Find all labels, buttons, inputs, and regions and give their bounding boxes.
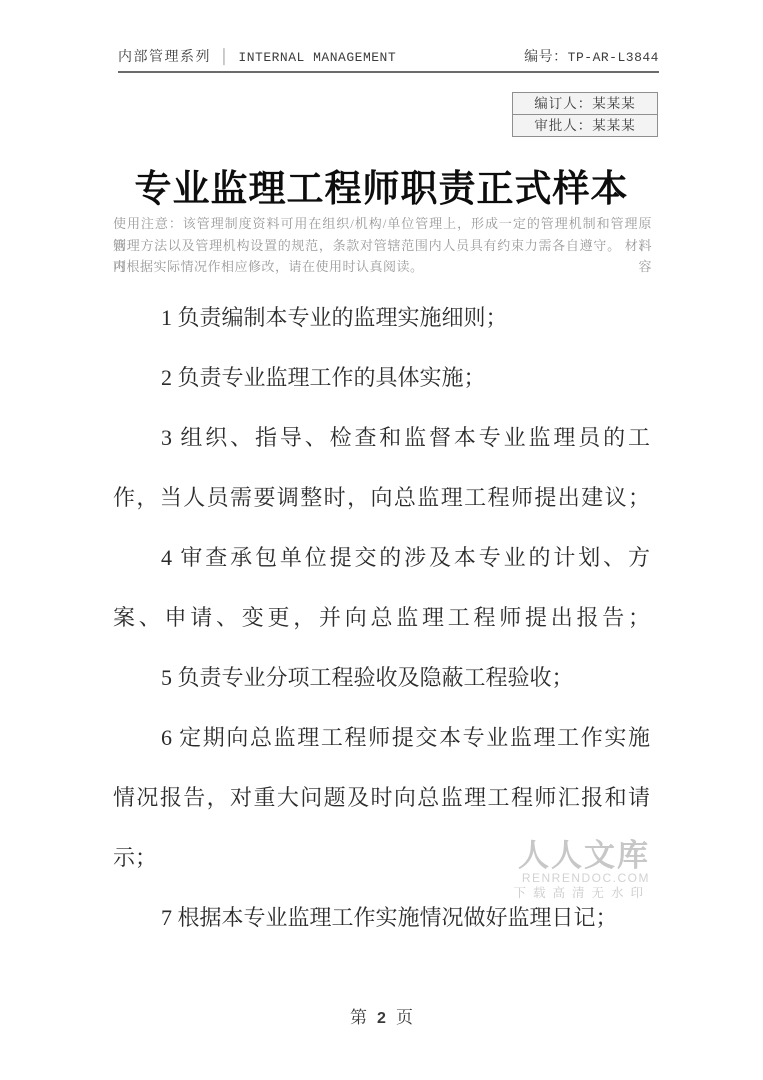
notice-line: 使用注意：该管理制度资料可用在组织/机构/单位管理上，形成一定的管理机制和管理原… xyxy=(113,213,652,235)
document-header: 内部管理系列│INTERNAL MANAGEMENT 编号：TP-AR-L384… xyxy=(118,46,659,73)
page-title: 专业监理工程师职责正式样本 xyxy=(113,158,650,212)
duty-item-2-line: 2 负责专业监理工作的具体实施； xyxy=(113,348,650,408)
duty-item-1-line: 1 负责编制本专业的监理实施细则； xyxy=(113,288,650,348)
doc-number-label: 编号： xyxy=(524,50,568,65)
header-divider: │ xyxy=(219,50,230,65)
watermark: 人人文库 RENRENDOC.COM 下载高清无水印 xyxy=(513,840,650,901)
duty-item-3-line: 3 组织、指导、检查和监督本专业监理员的工 xyxy=(113,408,650,468)
info-table: 编订人：某某某 审批人：某某某 xyxy=(512,92,658,137)
series-label-en: INTERNAL MANAGEMENT xyxy=(238,50,396,65)
doc-number-code: TP-AR-L3844 xyxy=(568,50,659,65)
page-footer: 第2页 xyxy=(0,1003,763,1028)
doc-number: 编号：TP-AR-L3844 xyxy=(524,46,659,66)
usage-notice: 使用注意：该管理制度资料可用在组织/机构/单位管理上，形成一定的管理机制和管理原… xyxy=(113,213,652,278)
approver-label: 审批人： xyxy=(534,118,592,133)
duty-item-3-line: 作，当人员需要调整时，向总监理工程师提出建议； xyxy=(113,468,650,528)
header-series: 内部管理系列│INTERNAL MANAGEMENT xyxy=(118,46,396,66)
editor-label: 编订人： xyxy=(534,96,592,111)
duty-item-4-line: 案、申请、变更，并向总监理工程师提出报告； xyxy=(113,588,650,648)
page-number: 2 xyxy=(377,1010,386,1027)
footer-prefix: 第 xyxy=(350,1008,367,1027)
duty-item-5-line: 5 负责专业分项工程验收及隐蔽工程验收； xyxy=(113,648,650,708)
watermark-domain: RENRENDOC.COM xyxy=(513,872,650,885)
notice-line: 管理方法以及管理机构设置的规范，条款对管辖范围内人员具有约束力需各自遵守。 材料… xyxy=(113,235,652,257)
watermark-brand: 人人文库 xyxy=(513,840,650,872)
table-row-editor: 编订人：某某某 xyxy=(513,93,657,114)
approver-value: 某某某 xyxy=(592,118,636,133)
footer-suffix: 页 xyxy=(396,1008,413,1027)
duty-item-6-line: 情况报告，对重大问题及时向总监理工程师汇报和请 xyxy=(113,768,650,828)
table-row-approver: 审批人：某某某 xyxy=(513,114,657,136)
watermark-tagline: 下载高清无水印 xyxy=(513,886,650,901)
duty-item-4-line: 4 审查承包单位提交的涉及本专业的计划、方 xyxy=(113,528,650,588)
document-page: 内部管理系列│INTERNAL MANAGEMENT 编号：TP-AR-L384… xyxy=(0,0,763,1080)
duty-item-6-line: 6 定期向总监理工程师提交本专业监理工作实施 xyxy=(113,708,650,768)
editor-value: 某某某 xyxy=(592,96,636,111)
series-label: 内部管理系列 xyxy=(118,50,211,65)
